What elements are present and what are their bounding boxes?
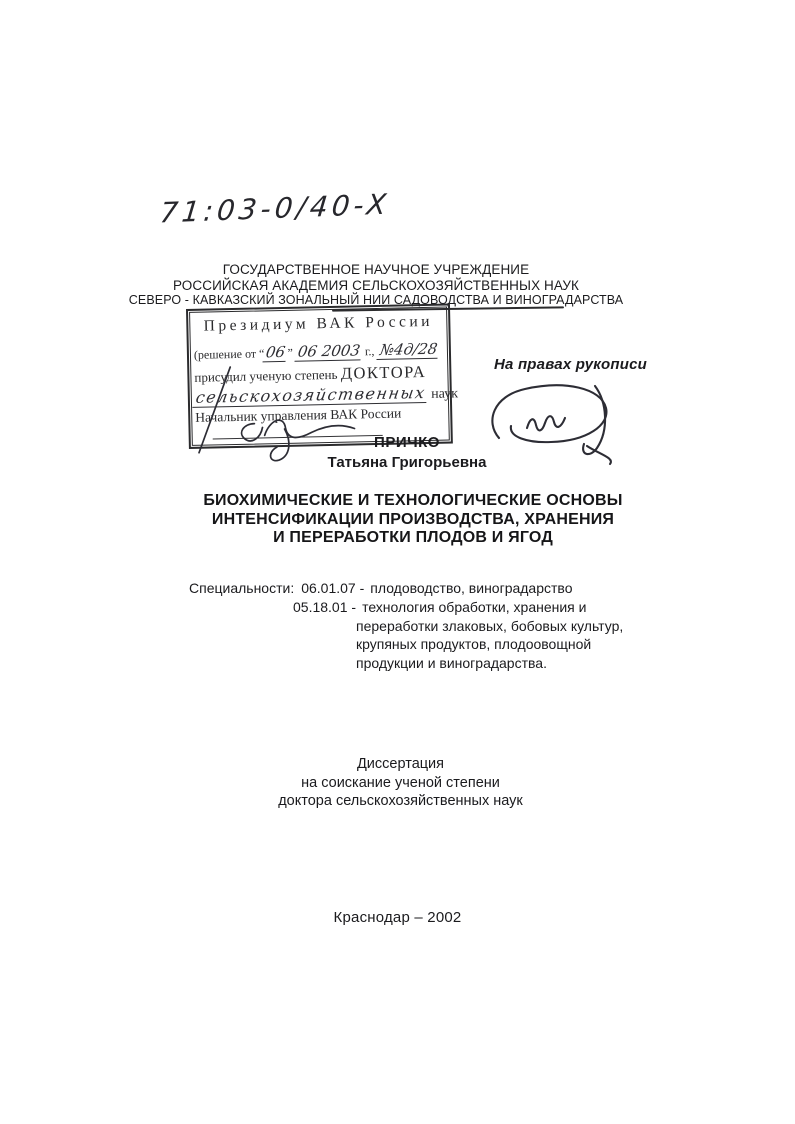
title-line-2: ИНТЕНСИФИКАЦИИ ПРОИЗВОДСТВА, ХРАНЕНИЯ bbox=[30, 511, 795, 530]
title-line-3: И ПЕРЕРАБОТКИ ПЛОДОВ И ЯГОД bbox=[30, 529, 795, 548]
vak-stamp: Президиум ВАК России (решение от “06” 06… bbox=[186, 303, 453, 448]
title-line-1: БИОХИМИЧЕСКИЕ И ТЕХНОЛОГИЧЕСКИЕ ОСНОВЫ bbox=[30, 492, 795, 511]
specialty-1-code: 06.01.07 - bbox=[301, 580, 364, 596]
specialties-block: Специальности:06.01.07 -плодоводство, ви… bbox=[0, 579, 795, 673]
statement-line-2: на соискание ученой степени bbox=[3, 774, 795, 793]
handwritten-call-number: 71:03-0/40-X bbox=[158, 188, 391, 230]
dissertation-statement: Диссертация на соискание ученой степени … bbox=[3, 755, 795, 811]
specialty-1-text: плодоводство, виноградарство bbox=[370, 580, 572, 596]
header-line-2: РОССИЙСКАЯ АКАДЕМИЯ СЕЛЬСКОХОЗЯЙСТВЕННЫХ… bbox=[0, 278, 752, 294]
specialties-label: Специальности: bbox=[189, 580, 294, 596]
specialty-row-3: переработки злаковых, бобовых культур, bbox=[0, 617, 795, 636]
specialty-row-1: Специальности:06.01.07 -плодоводство, ви… bbox=[0, 579, 795, 598]
statement-line-3: доктора сельскохозяйственных наук bbox=[3, 792, 795, 811]
specialty-2-text-1: технология обработки, хранения и bbox=[362, 599, 586, 615]
author-surname: ПРИЧКО bbox=[15, 433, 795, 453]
dissertation-title: БИОХИМИЧЕСКИЕ И ТЕХНОЛОГИЧЕСКИЕ ОСНОВЫ И… bbox=[30, 492, 795, 548]
specialty-2-text-4: продукции и виноградарства. bbox=[356, 654, 547, 673]
specialty-row-5: продукции и виноградарства. bbox=[0, 654, 795, 673]
author-name: Татьяна Григорьевна bbox=[15, 453, 795, 473]
specialty-row-4: крупяных продуктов, плодоовощной bbox=[0, 635, 795, 654]
manuscript-note: На правах рукописи bbox=[494, 356, 647, 373]
specialty-2-text-2: переработки злаковых, бобовых культур, bbox=[356, 617, 623, 636]
header-line-1: ГОСУДАРСТВЕННОЕ НАУЧНОЕ УЧРЕЖДЕНИЕ bbox=[0, 262, 752, 278]
dissertation-title-page: 71:03-0/40-X ГОСУДАРСТВЕННОЕ НАУЧНОЕ УЧР… bbox=[0, 0, 795, 1124]
specialty-2-text-3: крупяных продуктов, плодоовощной bbox=[356, 635, 591, 654]
institution-header: ГОСУДАРСТВЕННОЕ НАУЧНОЕ УЧРЕЖДЕНИЕ РОССИ… bbox=[0, 262, 752, 309]
specialty-row-2: 05.18.01 -технология обработки, хранения… bbox=[0, 598, 795, 617]
statement-line-1: Диссертация bbox=[3, 755, 795, 774]
specialty-2-code: 05.18.01 - bbox=[293, 599, 356, 615]
author-block: ПРИЧКО Татьяна Григорьевна bbox=[15, 433, 795, 472]
imprint: Краснодар – 2002 bbox=[0, 909, 795, 926]
